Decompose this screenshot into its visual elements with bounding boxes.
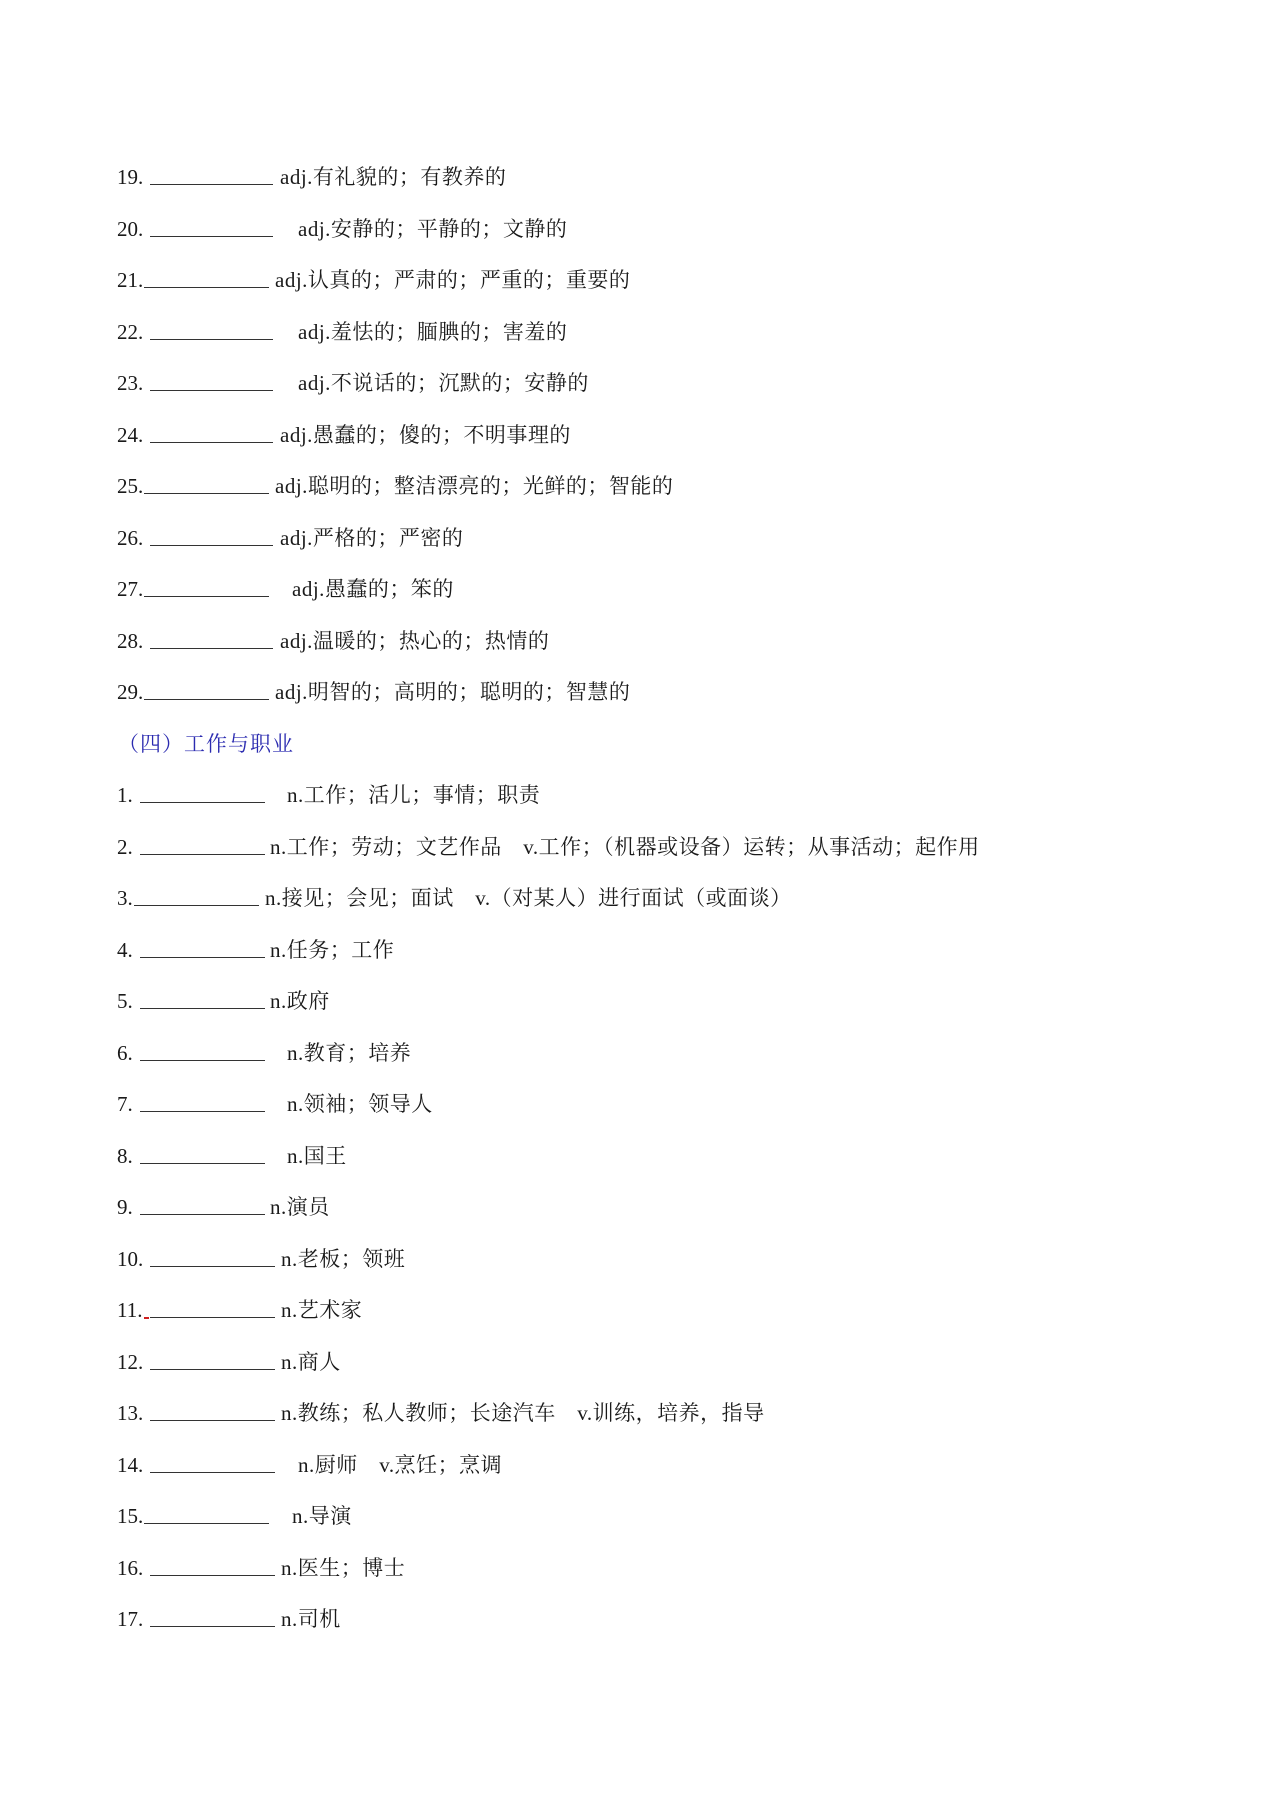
vocab-item-10: 10. n.老板；领班 <box>0 1244 1100 1274</box>
vocab-item-15: 15. n.导演 <box>0 1501 1100 1531</box>
item-definition: n.司机 <box>281 1604 341 1634</box>
vocab-item-24: 24. adj.愚蠢的；傻的；不明事理的 <box>0 420 1100 450</box>
vocab-item-28: 28. adj.温暖的；热心的；热情的 <box>0 626 1100 656</box>
item-number: 23. <box>117 368 143 398</box>
vocab-item-6: 6. n.教育；培养 <box>0 1038 1100 1068</box>
answer-blank[interactable] <box>150 1369 275 1370</box>
item-number: 5. <box>117 986 133 1016</box>
item-definition: adj.温暖的；热心的；热情的 <box>280 626 549 656</box>
item-definition: n.工作；活儿；事情；职责 <box>287 780 540 810</box>
answer-blank[interactable] <box>144 596 269 597</box>
item-definition: n.演员 <box>270 1192 330 1222</box>
item-number: 3. <box>117 883 133 913</box>
item-definition: n.导演 <box>292 1501 352 1531</box>
item-number: 20. <box>117 214 143 244</box>
item-definition: adj.明智的；高明的；聪明的；智慧的 <box>275 677 630 707</box>
answer-blank[interactable] <box>150 442 273 443</box>
answer-blank[interactable] <box>150 1317 275 1318</box>
vocab-item-29: 29. adj.明智的；高明的；聪明的；智慧的 <box>0 677 1100 707</box>
item-number: 17. <box>117 1604 143 1634</box>
vocab-item-4: 4. n.任务；工作 <box>0 935 1100 965</box>
answer-blank[interactable] <box>140 1060 265 1061</box>
vocab-item-19: 19. adj.有礼貌的；有教养的 <box>0 162 1100 192</box>
answer-blank[interactable] <box>150 184 273 185</box>
item-number: 9. <box>117 1192 133 1222</box>
item-definition: n.领袖；领导人 <box>287 1089 433 1119</box>
item-definition: n.接见；会见；面试 v.（对某人）进行面试（或面谈） <box>265 883 792 913</box>
section-heading: （四）工作与职业 <box>118 729 294 759</box>
answer-blank[interactable] <box>144 493 269 494</box>
vocab-item-16: 16. n.医生；博士 <box>0 1553 1100 1583</box>
item-definition: adj.安静的；平静的；文静的 <box>298 214 567 244</box>
item-number: 6. <box>117 1038 133 1068</box>
item-definition: n.厨师 v.烹饪；烹调 <box>298 1450 502 1480</box>
item-number: 27. <box>117 574 143 604</box>
answer-blank[interactable] <box>150 1626 275 1627</box>
item-number: 2. <box>117 832 133 862</box>
vocab-item-22: 22. adj.羞怯的；腼腆的；害羞的 <box>0 317 1100 347</box>
vocab-item-12: 12. n.商人 <box>0 1347 1100 1377</box>
item-definition: n.任务；工作 <box>270 935 394 965</box>
answer-blank[interactable] <box>144 287 269 288</box>
answer-blank[interactable] <box>134 905 259 906</box>
answer-blank[interactable] <box>140 802 265 803</box>
item-definition: n.商人 <box>281 1347 341 1377</box>
item-number: 14. <box>117 1450 143 1480</box>
answer-blank[interactable] <box>150 1472 275 1473</box>
item-number: 11. <box>117 1295 142 1325</box>
item-number: 26. <box>117 523 143 553</box>
item-definition: n.工作；劳动；文艺作品 v.工作；（机器或设备）运转；从事活动；起作用 <box>270 832 980 862</box>
item-number: 8. <box>117 1141 133 1171</box>
vocab-item-21: 21. adj.认真的；严肃的；严重的；重要的 <box>0 265 1100 295</box>
worksheet-page: 19. adj.有礼貌的；有教养的 20. adj.安静的；平静的；文静的 21… <box>0 0 1280 1810</box>
item-number: 12. <box>117 1347 143 1377</box>
item-definition: adj.愚蠢的；笨的 <box>292 574 454 604</box>
answer-blank[interactable] <box>150 339 273 340</box>
item-definition: n.艺术家 <box>281 1295 362 1325</box>
vocab-item-23: 23. adj.不说话的；沉默的；安静的 <box>0 368 1100 398</box>
answer-blank[interactable] <box>150 1420 275 1421</box>
vocab-item-5: 5. n.政府 <box>0 986 1100 1016</box>
item-number: 19. <box>117 162 143 192</box>
vocab-item-17: 17. n.司机 <box>0 1604 1100 1634</box>
item-definition: n.政府 <box>270 986 330 1016</box>
item-number: 21. <box>117 265 143 295</box>
vocab-item-26: 26. adj.严格的；严密的 <box>0 523 1100 553</box>
answer-blank[interactable] <box>150 236 273 237</box>
item-number: 16. <box>117 1553 143 1583</box>
answer-blank[interactable] <box>144 699 269 700</box>
item-number: 13. <box>117 1398 143 1428</box>
vocab-item-11: 11. n.艺术家 <box>0 1295 1100 1325</box>
vocab-item-8: 8. n.国王 <box>0 1141 1100 1171</box>
answer-blank[interactable] <box>150 1266 275 1267</box>
item-definition: n.教育；培养 <box>287 1038 411 1068</box>
vocab-item-2: 2. n.工作；劳动；文艺作品 v.工作；（机器或设备）运转；从事活动；起作用 <box>0 832 1100 862</box>
item-definition: n.医生；博士 <box>281 1553 405 1583</box>
answer-blank[interactable] <box>150 1575 275 1576</box>
vocab-item-20: 20. adj.安静的；平静的；文静的 <box>0 214 1100 244</box>
answer-blank[interactable] <box>150 390 273 391</box>
answer-blank[interactable] <box>150 545 273 546</box>
vocab-item-25: 25. adj.聪明的；整洁漂亮的；光鲜的；智能的 <box>0 471 1100 501</box>
item-definition: adj.严格的；严密的 <box>280 523 463 553</box>
vocab-item-27: 27. adj.愚蠢的；笨的 <box>0 574 1100 604</box>
item-number: 15. <box>117 1501 143 1531</box>
item-definition: adj.有礼貌的；有教养的 <box>280 162 506 192</box>
item-number: 29. <box>117 677 143 707</box>
answer-blank[interactable] <box>140 1008 265 1009</box>
item-definition: adj.聪明的；整洁漂亮的；光鲜的；智能的 <box>275 471 673 501</box>
answer-blank[interactable] <box>140 957 265 958</box>
vocab-item-7: 7. n.领袖；领导人 <box>0 1089 1100 1119</box>
vocab-item-9: 9. n.演员 <box>0 1192 1100 1222</box>
item-number: 1. <box>117 780 133 810</box>
item-number: 24. <box>117 420 143 450</box>
answer-blank[interactable] <box>150 648 273 649</box>
vocab-item-13: 13. n.教练；私人教师；长途汽车 v.训练，培养，指导 <box>0 1398 1100 1428</box>
answer-blank[interactable] <box>140 1214 265 1215</box>
item-definition: adj.认真的；严肃的；严重的；重要的 <box>275 265 630 295</box>
item-number: 7. <box>117 1089 133 1119</box>
item-number: 4. <box>117 935 133 965</box>
item-number: 10. <box>117 1244 143 1274</box>
item-number: 28. <box>117 626 143 656</box>
answer-blank[interactable] <box>140 1163 265 1164</box>
spellcheck-mark <box>144 1317 149 1319</box>
vocab-item-1: 1. n.工作；活儿；事情；职责 <box>0 780 1100 810</box>
item-definition: adj.羞怯的；腼腆的；害羞的 <box>298 317 567 347</box>
item-number: 22. <box>117 317 143 347</box>
answer-blank[interactable] <box>144 1523 269 1524</box>
vocab-item-14: 14. n.厨师 v.烹饪；烹调 <box>0 1450 1100 1480</box>
answer-blank[interactable] <box>140 854 265 855</box>
item-definition: n.老板；领班 <box>281 1244 405 1274</box>
vocab-item-3: 3. n.接见；会见；面试 v.（对某人）进行面试（或面谈） <box>0 883 1100 913</box>
item-definition: n.国王 <box>287 1141 347 1171</box>
item-definition: adj.不说话的；沉默的；安静的 <box>298 368 589 398</box>
item-definition: adj.愚蠢的；傻的；不明事理的 <box>280 420 571 450</box>
item-definition: n.教练；私人教师；长途汽车 v.训练，培养，指导 <box>281 1398 765 1428</box>
answer-blank[interactable] <box>140 1111 265 1112</box>
item-number: 25. <box>117 471 143 501</box>
